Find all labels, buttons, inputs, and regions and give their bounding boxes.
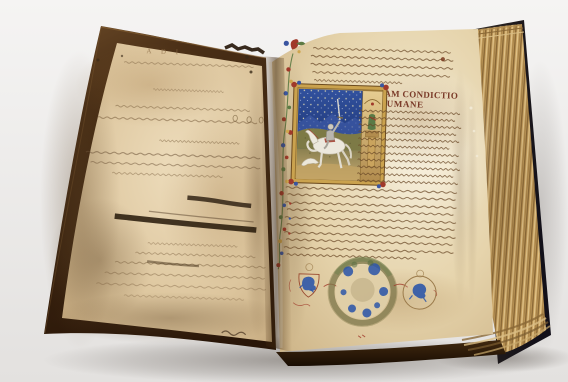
worm-hole: [121, 55, 123, 57]
knight-head: [328, 124, 334, 130]
manuscript-photo: A D I: [0, 0, 568, 382]
paint-chip: [476, 155, 479, 158]
page-curl-shade: [466, 85, 478, 305]
paint-chip: [473, 130, 476, 133]
worm-hole: [245, 55, 249, 59]
photo-scene: A D I: [0, 0, 568, 382]
paint-chip: [470, 107, 473, 110]
faint-title-text: A D I: [146, 47, 182, 56]
illuminated-miniature: [286, 80, 388, 188]
worm-hole: [97, 59, 100, 62]
statue-pedestal: [365, 131, 378, 137]
worm-hole: [250, 71, 253, 74]
